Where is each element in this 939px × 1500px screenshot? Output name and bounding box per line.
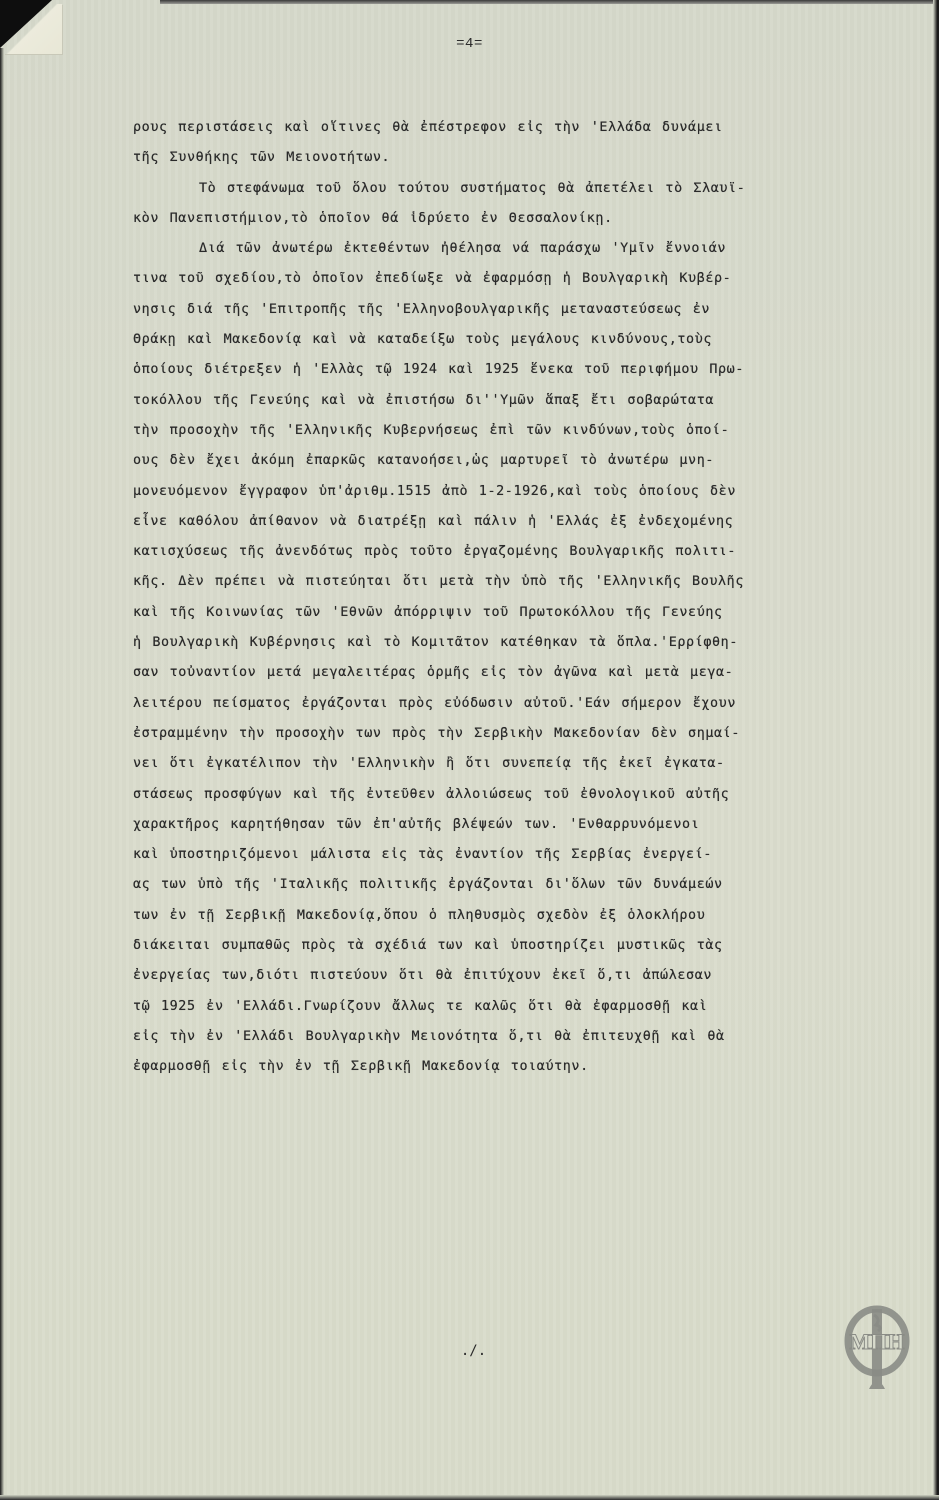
text-line: νει ὅτι ἐγκατέλιπον τὴν 'Ελληνικὴν ἢ ὅτι… <box>133 749 933 779</box>
document-page: =4= ρους περιστάσεις καὶ οἵτινες θὰ ἐπέσ… <box>0 0 939 1500</box>
text-line: ους δὲν ἔχει ἀκόμη ἐπαρκῶς κατανοήσει,ὡς… <box>133 446 933 476</box>
text-line: σαν τοὐναντίον μετά μεγαλειτέρας ὁρμῆς ε… <box>133 658 933 688</box>
text-line: κῆς. Δὲν πρέπει νὰ πιστεύηται ὅτι μετὰ τ… <box>133 567 933 597</box>
text-line: ἐνεργείας των,διότι πιστεύουν ὅτι θὰ ἐπι… <box>133 961 933 991</box>
scan-top-edge <box>160 0 939 4</box>
text-line: λειτέρου πείσματος ἐργάζονται πρὸς εὐόδω… <box>133 689 933 719</box>
text-line: Τὸ στεφάνωμα τοῦ ὅλου τούτου συστήματος … <box>133 174 933 204</box>
page-number: =4= <box>0 36 939 52</box>
scan-right-edge <box>933 0 939 1500</box>
text-line: τῷ 1925 ἐν 'Ελλάδι.Γνωρίζουν ἄλλως τε κα… <box>133 992 933 1022</box>
text-line: των ἐν τῇ Σερβικῇ Μακεδονίᾳ,ὅπου ὁ πληθυ… <box>133 901 933 931</box>
text-line: ἐφαρμοσθῇ εἰς τὴν ἐν τῇ Σερβικῇ Μακεδονί… <box>133 1052 933 1082</box>
text-line: εἰς τὴν ἐν 'Ελλάδι Βουλγαρικὴν Μειονότητ… <box>133 1022 933 1052</box>
text-line: ἐστραμμένην τὴν προσοχὴν των πρὸς τὴν Σε… <box>133 719 933 749</box>
text-line: στάσεως προσφύγων καὶ τῆς ἐντεῦθεν ἀλλοι… <box>133 780 933 810</box>
text-line: τοκόλλου τῆς Γενεύης καὶ νὰ ἐπιστήσω δι'… <box>133 386 933 416</box>
text-line: μονευόμενον ἔγγραφον ὑπ'ἀριθμ.1515 ἀπὸ 1… <box>133 477 933 507</box>
text-line: Θράκῃ καὶ Μακεδονίᾳ καὶ νὰ καταδείξω τοὺ… <box>133 325 933 355</box>
closing-mark: ./. <box>0 1343 939 1359</box>
text-line: νησις διά τῆς 'Επιτροπῆς τῆς 'Ελληνοβουλ… <box>133 295 933 325</box>
document-body: ρους περιστάσεις καὶ οἵτινες θὰ ἐπέστρεφ… <box>133 113 933 1083</box>
text-line: ας των ὑπὸ τῆς 'Ιταλικῆς πολιτικῆς ἐργάζ… <box>133 870 933 900</box>
text-line: ἡ Βουλγαρικὴ Κυβέρνησις καὶ τὸ Κομιτᾶτον… <box>133 628 933 658</box>
text-line: κατισχύσεως τῆς ἀνενδότως πρὸς τοῦτο ἐργ… <box>133 537 933 567</box>
scan-bottom-edge <box>0 1495 939 1500</box>
archive-stamp-icon: ΜΠΗ <box>843 1303 911 1393</box>
stamp-monogram: ΜΠΗ <box>850 1329 905 1354</box>
text-line: ρους περιστάσεις καὶ οἵτινες θὰ ἐπέστρεφ… <box>133 113 933 143</box>
scan-left-edge <box>0 48 4 1500</box>
text-line: τινα τοῦ σχεδίου,τὸ ὁποῖον ἐπεδίωξε νὰ ἐ… <box>133 264 933 294</box>
text-line: καὶ ὑποστηριζόμενοι μάλιστα εἰς τὰς ἐναν… <box>133 840 933 870</box>
text-line: Διά τῶν ἀνωτέρω ἐκτεθέντων ἠθέλησα νά πα… <box>133 234 933 264</box>
text-line: τῆς Συνθήκης τῶν Μειονοτήτων. <box>133 143 933 173</box>
text-line: ὁποίους διέτρεξεν ἡ 'Ελλὰς τῷ 1924 καὶ 1… <box>133 355 933 385</box>
text-line: διάκειται συμπαθῶς πρὸς τὰ σχέδιά των κα… <box>133 931 933 961</box>
text-line: κὸν Πανεπιστήμιον,τὸ ὁποῖον θά ἱδρύετο ἐ… <box>133 204 933 234</box>
text-line: τὴν προσοχὴν τῆς 'Ελληνικῆς Κυβερνήσεως … <box>133 416 933 446</box>
text-line: εἶνε καθόλου ἀπίθανον νὰ διατρέξῃ καὶ πά… <box>133 507 933 537</box>
text-line: καὶ τῆς Κοινωνίας τῶν 'Εθνῶν ἀπόρριψιν τ… <box>133 598 933 628</box>
text-line: χαρακτῆρος καρητήθησαν τῶν ἐπ'αὐτῆς βλέψ… <box>133 810 933 840</box>
